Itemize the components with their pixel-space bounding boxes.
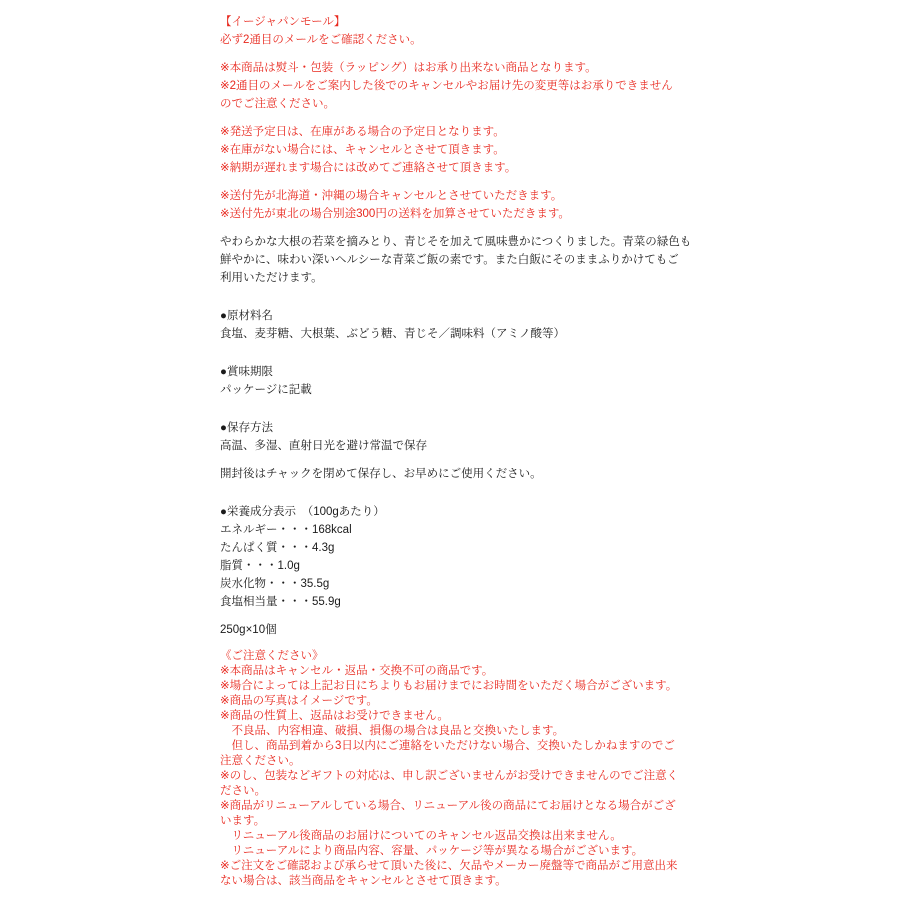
blank-line <box>220 113 900 123</box>
shop-shipping-notice-section: 【イージャパンモール】必ず2通目のメールをご確認ください。※本商品は熨斗・包装（… <box>220 13 900 223</box>
text-line: ●栄養成分表示 （100gあたり） <box>220 503 900 521</box>
text-line: ※ご注文をご確認および承らせて頂いた後に、欠品やメーカー廃盤等で商品がご用意出来 <box>220 859 900 874</box>
text-line: エネルギー・・・168kcal <box>220 521 900 539</box>
text-line: ●賞味期限 <box>220 363 900 381</box>
text-line: 利用いただけます。 <box>220 269 900 287</box>
text-line: 250g×10個 <box>220 621 900 639</box>
text-line: パッケージに記載 <box>220 381 900 399</box>
blank-line <box>220 493 900 503</box>
blank-line <box>220 353 900 363</box>
text-line: ださい。 <box>220 784 900 799</box>
text-line: リニューアル後商品のお届けについてのキャンセル返品交換は出来ません。 <box>220 829 900 844</box>
text-line: ※場合によっては上記お日にちよりもお届けまでにお時間をいただく場合がございます。 <box>220 679 900 694</box>
text-line: 必ず2通目のメールをご確認ください。 <box>220 31 900 49</box>
blank-line <box>220 611 900 621</box>
text-line: ●保存方法 <box>220 419 900 437</box>
text-line: 《ご注意ください》 <box>220 649 900 664</box>
blank-line <box>220 455 900 465</box>
blank-line <box>220 177 900 187</box>
blank-line <box>220 639 900 649</box>
text-line: ※商品がリニューアルしている場合、リニューアル後の商品にてお届けとなる場合がござ <box>220 799 900 814</box>
text-line: 但し、商品到着から3日以内にご連絡をいただけない場合、交換いたしかねますのでご <box>220 739 900 754</box>
text-line: 鮮やかに、味わい深いヘルシーな青菜ご飯の素です。また白飯にそのままふりかけてもご <box>220 251 900 269</box>
text-line: 食塩、麦芽糖、大根葉、ぶどう糖、青じそ／調味料（アミノ酸等） <box>220 325 900 343</box>
text-line: ※商品の写真はイメージです。 <box>220 694 900 709</box>
text-line: ※納期が遅れます場合には改めてご連絡させて頂きます。 <box>220 159 900 177</box>
text-line: 注意ください。 <box>220 754 900 769</box>
text-line: ●原材料名 <box>220 307 900 325</box>
text-line: ※本商品は熨斗・包装（ラッピング）はお承り出来ない商品となります。 <box>220 59 900 77</box>
text-line: のでご注意ください。 <box>220 95 900 113</box>
blank-line <box>220 297 900 307</box>
blank-line <box>220 409 900 419</box>
product-description-page: 【イージャパンモール】必ず2通目のメールをご確認ください。※本商品は熨斗・包装（… <box>0 0 900 900</box>
text-line: ※商品の性質上、返品はお受けできません。 <box>220 709 900 724</box>
text-line: ※送付先が北海道・沖縄の場合キャンセルとさせていただきます。 <box>220 187 900 205</box>
blank-line <box>220 49 900 59</box>
blank-line <box>220 223 900 233</box>
text-line: 開封後はチャックを閉めて保存し、お早めにご使用ください。 <box>220 465 900 483</box>
text-line: ※在庫がない場合には、キャンセルとさせて頂きます。 <box>220 141 900 159</box>
text-line: 【イージャパンモール】 <box>220 13 900 31</box>
text-line: ※2通目のメールをご案内した後でのキャンセルやお届け先の変更等はお承りできません <box>220 77 900 95</box>
text-line: 食塩相当量・・・55.9g <box>220 593 900 611</box>
blank-line <box>220 287 900 297</box>
blank-line <box>220 399 900 409</box>
text-line: 高温、多湿、直射日光を避け常温で保存 <box>220 437 900 455</box>
text-line: たんぱく質・・・4.3g <box>220 539 900 557</box>
text-line: ※のし、包装などギフトの対応は、申し訳ございませんがお受けできませんのでご注意く <box>220 769 900 784</box>
text-line: います。 <box>220 814 900 829</box>
blank-line <box>220 343 900 353</box>
text-line: リニューアルにより商品内容、容量、パッケージ等が異なる場合がございます。 <box>220 844 900 859</box>
caution-notice-section: 《ご注意ください》※本商品はキャンセル・返品・交換不可の商品です。※場合によって… <box>220 649 900 889</box>
text-line: やわらかな大根の若菜を摘みとり、青じそを加えて風味豊かにつくりました。青菜の緑色… <box>220 233 900 251</box>
text-line: 脂質・・・1.0g <box>220 557 900 575</box>
text-line: ※送付先が東北の場合別途300円の送料を加算させていただきます。 <box>220 205 900 223</box>
text-line: ない場合は、該当商品をキャンセルとさせて頂きます。 <box>220 874 900 889</box>
product-info-section: やわらかな大根の若菜を摘みとり、青じそを加えて風味豊かにつくりました。青菜の緑色… <box>220 223 900 649</box>
blank-line <box>220 483 900 493</box>
text-line: ※発送予定日は、在庫がある場合の予定日となります。 <box>220 123 900 141</box>
text-line: 炭水化物・・・35.5g <box>220 575 900 593</box>
text-line: 不良品、内容相違、破損、損傷の場合は良品と交換いたします。 <box>220 724 900 739</box>
text-line: ※本商品はキャンセル・返品・交換不可の商品です。 <box>220 664 900 679</box>
